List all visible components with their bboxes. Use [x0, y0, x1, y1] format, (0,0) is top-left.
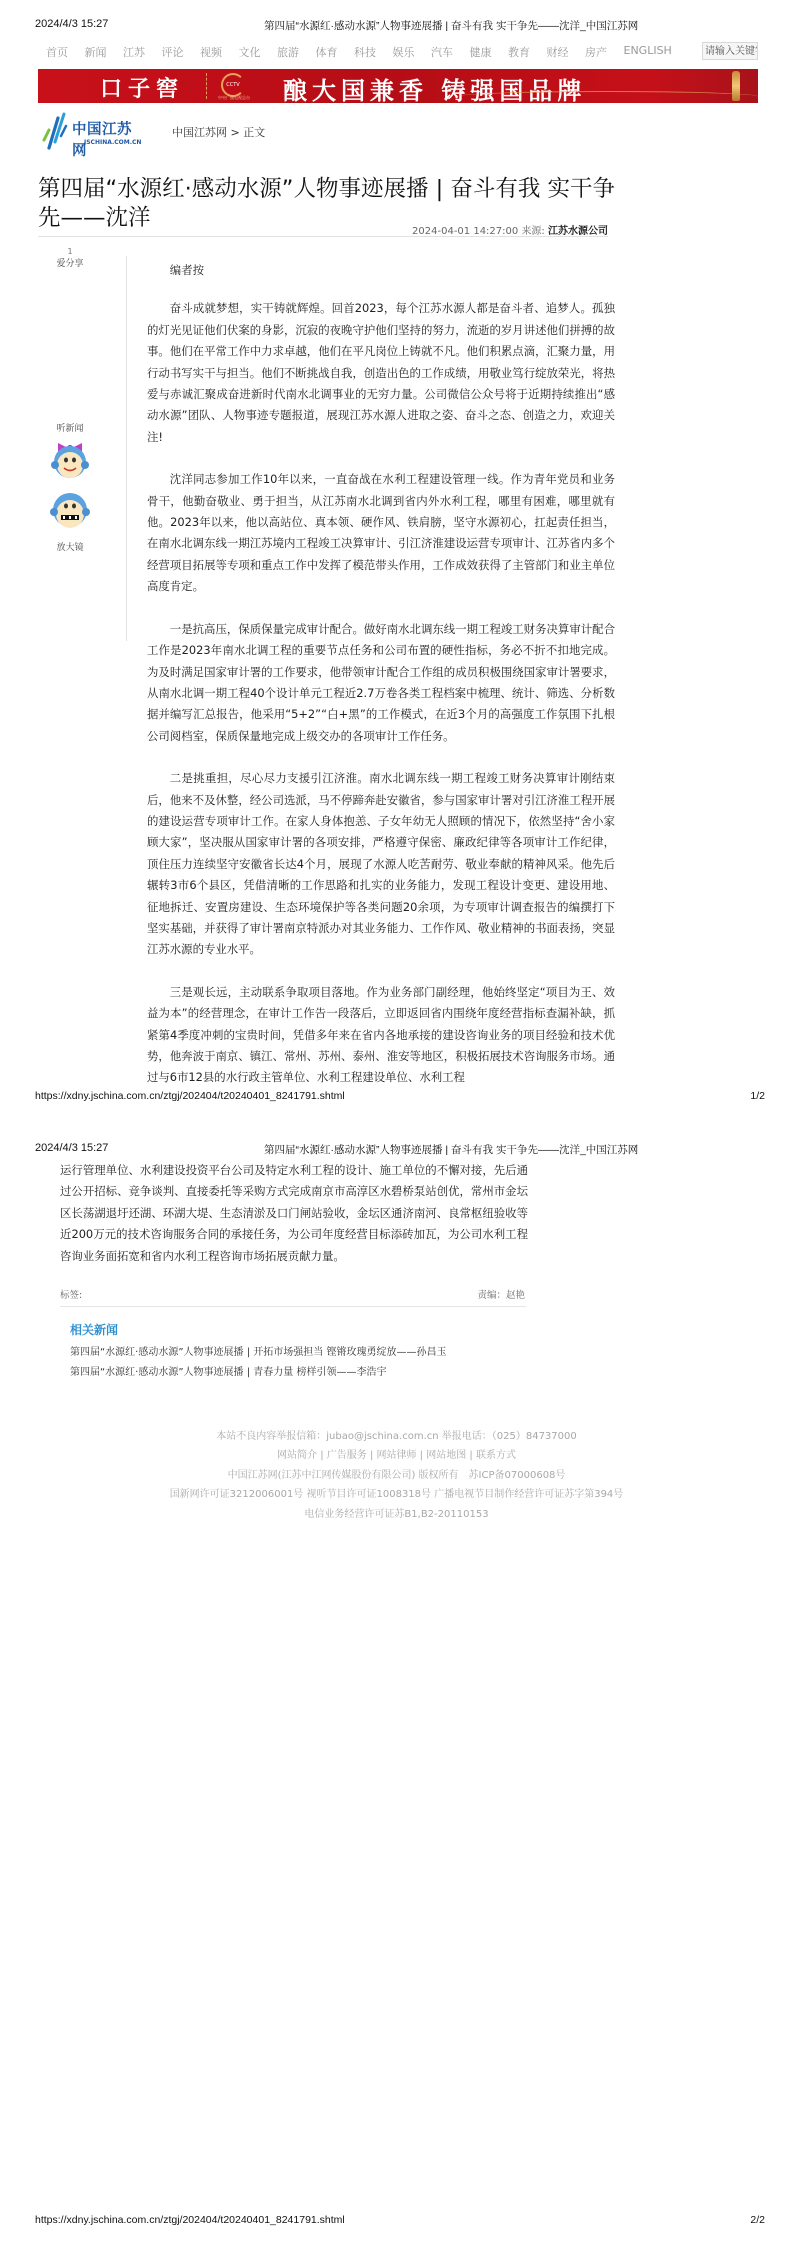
related-news-link[interactable]: 第四届“水源红·感动水源”人物事迹展播 | 青春力量 榜样引领——李浩宇 — [70, 1363, 386, 1378]
listen-label: 听新闻 — [40, 421, 100, 434]
print-header: 2024/4/3 15:27 第四届“水源红·感动水源”人物事迹展播 | 奋斗有… — [0, 18, 793, 38]
editor-note-heading: 编者按 — [147, 260, 615, 281]
search-input[interactable]: 请输入关键字搜 — [702, 42, 758, 60]
related-news-heading: 相关新闻 — [70, 1321, 118, 1338]
share-label: 爱分享 — [40, 256, 100, 269]
nav-item-realestate[interactable]: 房产 — [585, 44, 607, 60]
ad-banner[interactable]: 口子窖 CCTV 中央广播电视总台 酿大国兼香 铸强国品牌 — [38, 69, 758, 103]
nav-item-entertainment[interactable]: 娱乐 — [393, 44, 415, 60]
footer-links: 网站简介 | 广告服务 | 网站律师 | 网站地图 | 联系方式 — [0, 1446, 793, 1461]
footer-link-about[interactable]: 网站简介 — [277, 1450, 317, 1461]
print-header-page2: 2024/4/3 15:27 第四届“水源红·感动水源”人物事迹展播 | 奋斗有… — [0, 1142, 793, 1162]
responsible-editor: 责编：赵艳 — [477, 1287, 525, 1301]
tags-divider — [60, 1306, 526, 1307]
nav-item-news[interactable]: 新闻 — [85, 44, 107, 60]
footer-report-line: 本站不良内容举报信箱：jubao@jschina.com.cn 举报电话：（02… — [0, 1427, 793, 1442]
banner-brand: 口子窖 — [100, 72, 184, 103]
nav-item-culture[interactable]: 文化 — [239, 44, 261, 60]
print-url: https://xdny.jschina.com.cn/ztgj/202404/… — [35, 2214, 345, 2226]
nav-item-jiangsu[interactable]: 江苏 — [123, 44, 145, 60]
banner-badge-sub: 中央广播电视总台 — [218, 95, 250, 101]
logo-text-en: JSCHINA.COM.CN — [84, 139, 141, 146]
nav-item-health[interactable]: 健康 — [470, 44, 492, 60]
article-paragraph: 一是抗高压，保质保量完成审计配合。做好南水北调东线一期工程竣工财务决算审计配合工… — [147, 619, 615, 747]
footer-licenses: 国新网许可证3212006001号 视听节目许可证1008318号 广播电视节目… — [0, 1485, 793, 1500]
article-paragraph: 三是观长远，主动联系争取项目落地。作为业务部门副经理，他始终坚定“项目为王、效益… — [147, 982, 615, 1089]
print-page-title: 第四届“水源红·感动水源”人物事迹展播 | 奋斗有我 实干争先——沈洋_中国江苏… — [264, 18, 638, 33]
breadcrumb[interactable]: 中国江苏网 > 正文 — [172, 124, 265, 140]
listen-news-avatar-icon[interactable] — [48, 437, 92, 481]
magnifier-avatar-icon[interactable] — [48, 488, 92, 532]
banner-swoosh — [458, 91, 758, 102]
sidebar-divider — [126, 256, 127, 641]
footer-link-ads[interactable]: 广告服务 — [327, 1450, 367, 1461]
cctv-badge-icon: CCTV — [221, 73, 245, 97]
nav-item-education[interactable]: 教育 — [508, 44, 530, 60]
tags-label: 标签: — [60, 1290, 82, 1301]
related-news-link[interactable]: 第四届“水源红·感动水源”人物事迹展播 | 开拓市场强担当 铿锵玫瑰勇绽放——孙… — [70, 1343, 446, 1358]
magnifier-label: 放大镜 — [40, 540, 100, 553]
print-page-number: 1/2 — [750, 1090, 765, 1102]
nav-item-sports[interactable]: 体育 — [316, 44, 338, 60]
print-page-number: 2/2 — [750, 2214, 765, 2226]
nav-item-english[interactable]: ENGLISH — [624, 44, 672, 60]
article-paragraph: 沈洋同志参加工作10年以来，一直奋战在水利工程建设管理一线。作为青年党员和业务骨… — [147, 469, 615, 597]
article-body: 编者按 奋斗成就梦想，实干铸就辉煌。回首2023，每个江苏水源人都是奋斗者、追梦… — [147, 260, 615, 1089]
nav-item-auto[interactable]: 汽车 — [431, 44, 453, 60]
article-paragraph: 奋斗成就梦想，实干铸就辉煌。回首2023，每个江苏水源人都是奋斗者、追梦人。孤独… — [147, 298, 615, 448]
print-timestamp: 2024/4/3 15:27 — [35, 18, 108, 30]
nav-item-opinion[interactable]: 评论 — [162, 44, 184, 60]
nav-item-travel[interactable]: 旅游 — [277, 44, 299, 60]
article-body-continued: 运行管理单位、水利建设投资平台公司及特定水利工程的设计、施工单位的不懈对接，先后… — [60, 1160, 528, 1288]
title-divider — [38, 236, 608, 237]
bottle-icon — [732, 71, 740, 101]
print-timestamp: 2024/4/3 15:27 — [35, 1142, 108, 1154]
nav-item-home[interactable]: 首页 — [46, 44, 68, 60]
footer-link-sitemap[interactable]: 网站地图 — [426, 1450, 466, 1461]
nav-item-tech[interactable]: 科技 — [354, 44, 376, 60]
article-paragraph: 二是挑重担，尽心尽力支援引江济淮。南水北调东线一期工程竣工财务决算审计刚结束后，… — [147, 768, 615, 961]
share-count: 1 — [40, 247, 100, 256]
banner-divider — [206, 73, 208, 99]
tags-row: 标签: 责编：赵艳 — [60, 1287, 525, 1301]
share-tool[interactable]: 1 爱分享 — [40, 247, 100, 269]
site-logo[interactable]: 中国江苏网 JSCHINA.COM.CN — [40, 112, 145, 152]
article-paragraph-continued: 运行管理单位、水利建设投资平台公司及特定水利工程的设计、施工单位的不懈对接，先后… — [60, 1160, 528, 1267]
print-page-title: 第四届“水源红·感动水源”人物事迹展播 | 奋斗有我 实干争先——沈洋_中国江苏… — [264, 1142, 638, 1157]
print-footer-page1: https://xdny.jschina.com.cn/ztgj/202404/… — [0, 1090, 793, 1106]
article-meta: 2024-04-01 14:27:00 来源: 江苏水源公司 — [412, 222, 608, 237]
footer-telecom-license: 电信业务经营许可证苏B1,B2-20110153 — [0, 1505, 793, 1520]
nav-item-finance[interactable]: 财经 — [547, 44, 569, 60]
nav-item-video[interactable]: 视频 — [200, 44, 222, 60]
print-footer-page2: https://xdny.jschina.com.cn/ztgj/202404/… — [0, 2214, 793, 2230]
jschina-logo-icon — [40, 112, 70, 150]
top-nav: 首页 新闻 江苏 评论 视频 文化 旅游 体育 科技 娱乐 汽车 健康 教育 财… — [46, 44, 688, 60]
footer-link-lawyer[interactable]: 网站律师 — [377, 1450, 417, 1461]
footer-link-contact[interactable]: 联系方式 — [476, 1450, 516, 1461]
print-url: https://xdny.jschina.com.cn/ztgj/202404/… — [35, 1090, 345, 1102]
footer-copyright: 中国江苏网(江苏中江网传媒股份有限公司) 版权所有 苏ICP备07000608号 — [0, 1466, 793, 1481]
